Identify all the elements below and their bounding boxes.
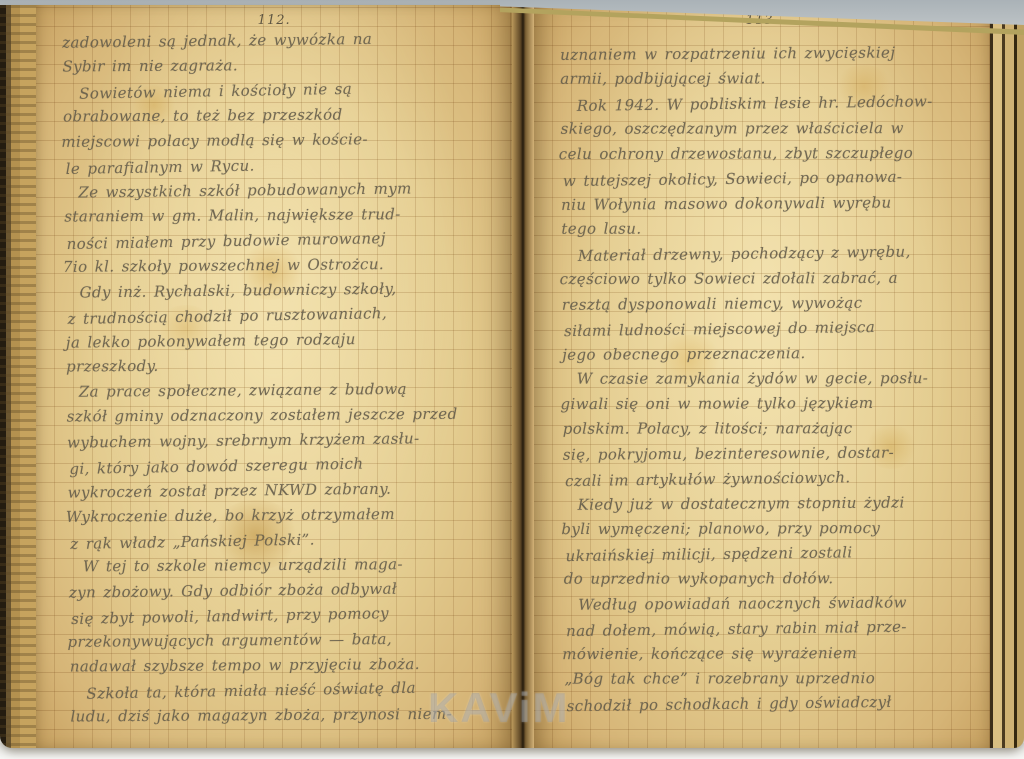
handwritten-line: schodził po schodkach i gdy oświadczył <box>567 688 990 719</box>
handwritten-line: giwali się oni w mowie tylko językiem <box>561 391 989 417</box>
right-page-text: uznaniem w rozpatrzeniu ich zwycięskieja… <box>534 38 990 718</box>
right-page-edges <box>990 5 1024 748</box>
handwritten-line: armii, podbijającej świat. <box>561 66 989 92</box>
handwritten-line: uznaniem w rozpatrzeniu ich zwycięskiej <box>560 40 988 68</box>
handwritten-line: byli wymęczeni; planowo, przy pomocy <box>562 516 990 542</box>
handwritten-line: skiego, oszczędzanym przez właściciela w <box>561 116 989 142</box>
handwritten-line: szkół gminy odznaczony zostałem jeszcze … <box>67 401 513 429</box>
handwritten-line: polskim. Polacy, z litości; narażając <box>563 416 990 442</box>
handwritten-line: Za prace społeczne, związane z budową <box>64 376 512 405</box>
handwritten-line: nad dołem, mówią, stary rabin miał prze- <box>566 613 990 644</box>
right-page: 113. uznaniem w rozpatrzeniu ich zwycięs… <box>534 5 990 748</box>
handwritten-line: niu Wołynia masowo dokonywali wyrębu <box>561 190 989 218</box>
handwritten-line: „Bóg tak chce” i rozebrany uprzednio <box>565 666 990 692</box>
handwritten-line: tego lasu. <box>562 216 990 242</box>
handwritten-line: Materiał drzewny, pochodzący z wyrębu, <box>564 238 990 269</box>
handwritten-line: do uprzednio wykopanych dołów. <box>564 566 990 592</box>
handwritten-line: ludu, dziś jako magazyn zboża, przynosi … <box>70 701 512 729</box>
handwritten-line: ukraińskiej milicji, spędzeni zostali <box>566 538 990 569</box>
handwritten-line: przekonywujących argumentów — bata, <box>67 626 512 655</box>
handwritten-line: Rok 1942. W pobliskim lesie hr. Ledóchow… <box>563 88 990 119</box>
handwritten-line: mówienie, kończące się wyrażeniem <box>563 641 990 667</box>
handwritten-line: celu ochrony drzewostanu, zbyt szczupłeg… <box>559 141 987 167</box>
handwritten-line: W tej to szkole niemcy urządzili maga- <box>68 551 512 579</box>
handwritten-line: W czasie zamykania żydów w gecie, posłu- <box>563 366 990 392</box>
handwritten-line: przeszkody. <box>66 351 512 379</box>
handwritten-line: jego obecnego przeznaczenia. <box>562 340 990 368</box>
handwritten-line: 7io kl. szkoły powszechnej w Ostrożcu. <box>63 251 511 280</box>
left-page: 112. zadowoleni są jednak, że wywózka na… <box>36 5 512 748</box>
gutter-binding <box>512 5 534 748</box>
handwritten-line: częściowo tylko Sowieci zdołali zabrać, … <box>560 266 988 292</box>
handwritten-line: Kiedy już w dostatecznym stopniu żydzi <box>563 490 990 518</box>
left-page-text: zadowoleni są jednak, że wywózka naSybir… <box>36 23 512 731</box>
left-deckle-edge <box>0 5 36 748</box>
handwritten-line: obrabowane, to też bez przeszkód <box>63 101 511 129</box>
notebook: 112. zadowoleni są jednak, że wywózka na… <box>0 5 1024 748</box>
